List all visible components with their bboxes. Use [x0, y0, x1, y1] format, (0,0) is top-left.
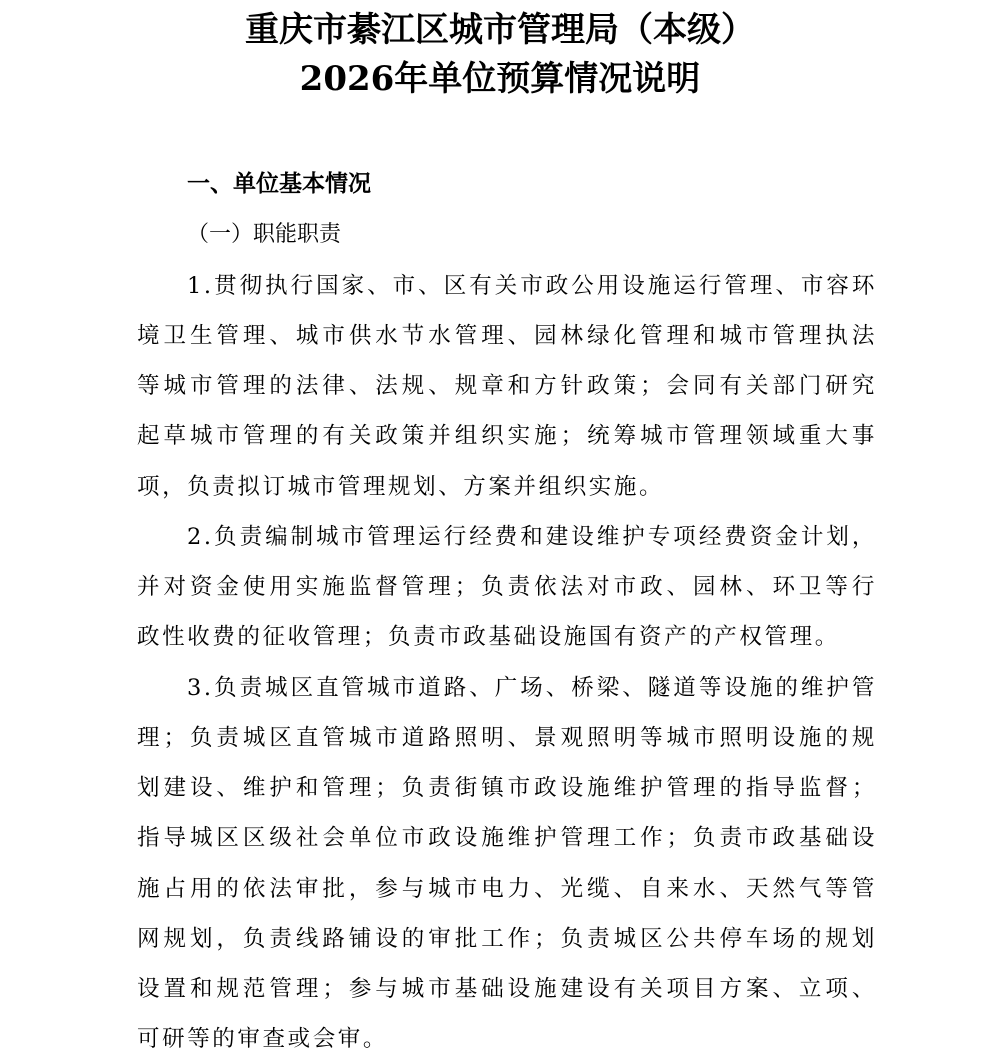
paragraph-line: 可研等的审查或会审。 — [137, 1023, 388, 1055]
paragraph-line: 划建设、维护和管理；负责街镇市政设施维护管理的指导监督； — [137, 772, 877, 804]
paragraph-line: 指导城区区级社会单位市政设施维护管理工作；负责市政基础设 — [137, 822, 877, 854]
document-page: 重庆市綦江区城市管理局（本级） 2026年单位预算情况说明 一、单位基本情况 （… — [0, 0, 1000, 1061]
paragraph-line: 施占用的依法审批，参与城市电力、光缆、自来水、天然气等管 — [137, 873, 877, 905]
paragraph-line: 境卫生管理、城市供水节水管理、园林绿化管理和城市管理执法 — [137, 320, 877, 352]
paragraph-line: 政性收费的征收管理；负责市政基础设施国有资产的产权管理。 — [137, 621, 840, 653]
section-heading-basic-info: 一、单位基本情况 — [187, 168, 371, 200]
paragraph-line: 并对资金使用实施监督管理；负责依法对市政、园林、环卫等行 — [137, 571, 877, 603]
paragraph-line: 1.贯彻执行国家、市、区有关市政公用设施运行管理、市容环 — [187, 270, 877, 302]
paragraph-line: 理；负责城区直管城市道路照明、景观照明等城市照明设施的规 — [137, 722, 877, 754]
paragraph-line: 项，负责拟订城市管理规划、方案并组织实施。 — [137, 471, 664, 503]
subsection-heading-functions: （一）职能职责 — [187, 219, 341, 251]
document-title-line2: 2026年单位预算情况说明 — [0, 59, 1000, 99]
paragraph-line: 网规划，负责线路铺设的审批工作；负责城区公共停车场的规划 — [137, 923, 877, 955]
paragraph-line: 2.负责编制城市管理运行经费和建设维护专项经费资金计划， — [187, 521, 877, 553]
paragraph-line: 设置和规范管理；参与城市基础设施建设有关项目方案、立项、 — [137, 973, 877, 1005]
paragraph-line: 等城市管理的法律、法规、规章和方针政策；会同有关部门研究 — [137, 370, 877, 402]
document-title-line1: 重庆市綦江区城市管理局（本级） — [0, 10, 1000, 50]
paragraph-line: 起草城市管理的有关政策并组织实施；统筹城市管理领域重大事 — [137, 420, 877, 452]
paragraph-line: 3.负责城区直管城市道路、广场、桥梁、隧道等设施的维护管 — [187, 672, 877, 704]
